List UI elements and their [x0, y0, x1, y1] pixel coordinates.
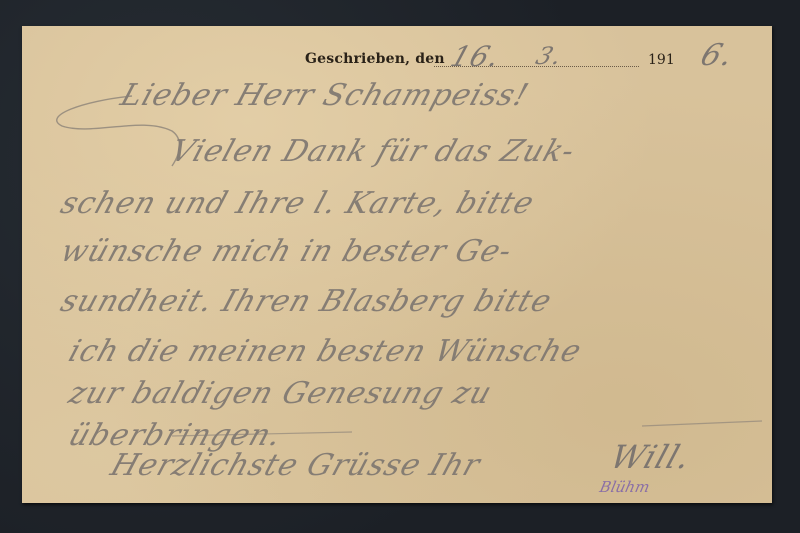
letter-line: schen und Ihre l. Karte, bitte [56, 186, 539, 221]
closing-line: Herzlichste Grüsse Ihr [106, 448, 485, 483]
letter-line: ich die meinen besten Wünsche [64, 334, 586, 369]
letter-line: Lieber Herr Schampeiss! [116, 78, 533, 113]
signature: Will. [606, 438, 697, 476]
printed-date-label: Geschrieben, den [305, 51, 445, 67]
printed-year-prefix: 191 [648, 52, 675, 68]
letter-line: Vielen Dank für das Zuk- [166, 134, 579, 169]
purple-name-annotation: Blühm [598, 478, 651, 496]
letter-line: sundheit. Ihren Blasberg bitte [56, 284, 556, 319]
handwritten-year-digit: 6. [696, 38, 738, 73]
handwritten-day: 16. [447, 40, 505, 73]
letter-line: zur baldigen Genesung zu [64, 376, 496, 411]
letter-line: wünsche mich in bester Ge- [56, 234, 517, 269]
postcard: Geschrieben, den 191 16. 3. 6. Lieber He… [22, 26, 772, 503]
